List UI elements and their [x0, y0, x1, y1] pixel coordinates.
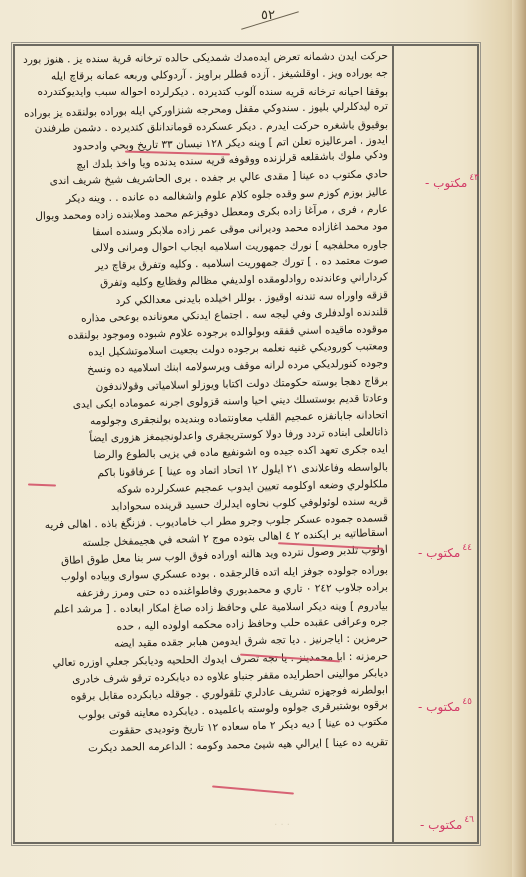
- letter-label: مكتوب: [426, 546, 460, 560]
- main-text-column: حركت ايدن دشمانه تعرض ايده‌مدك شمدیكی حا…: [20, 50, 388, 840]
- letter-label: مكتوب: [426, 700, 460, 714]
- page-gutter-edge: [512, 0, 526, 877]
- folio-number: ٥٢: [228, 8, 308, 30]
- letter-number: ٤٥: [462, 697, 472, 707]
- manuscript-page: ٥٢ · · · حركت ايدن دشمانه تعرض ايده‌مدك …: [0, 0, 526, 877]
- margin-divider-rule: [392, 44, 394, 844]
- letter-label: مكتوب: [433, 176, 467, 190]
- letter-number: ٤٣: [469, 173, 479, 183]
- margin-label-letter: ٤٣مكتوب -: [425, 176, 479, 190]
- text-line: جه بوراده ويز . اوقلشيغز . آزده قطلر برا…: [20, 65, 388, 86]
- letter-number: ٤٤: [462, 543, 472, 553]
- margin-label-letter: ٤٤مكتوب -: [418, 546, 472, 560]
- letter-label: مكتوب: [428, 818, 462, 832]
- letter-number: ٤٦: [464, 815, 474, 825]
- margin-label-letter: ٤٥مكتوب -: [418, 700, 472, 714]
- margin-label-letter: ٤٦مكتوب -: [420, 818, 474, 832]
